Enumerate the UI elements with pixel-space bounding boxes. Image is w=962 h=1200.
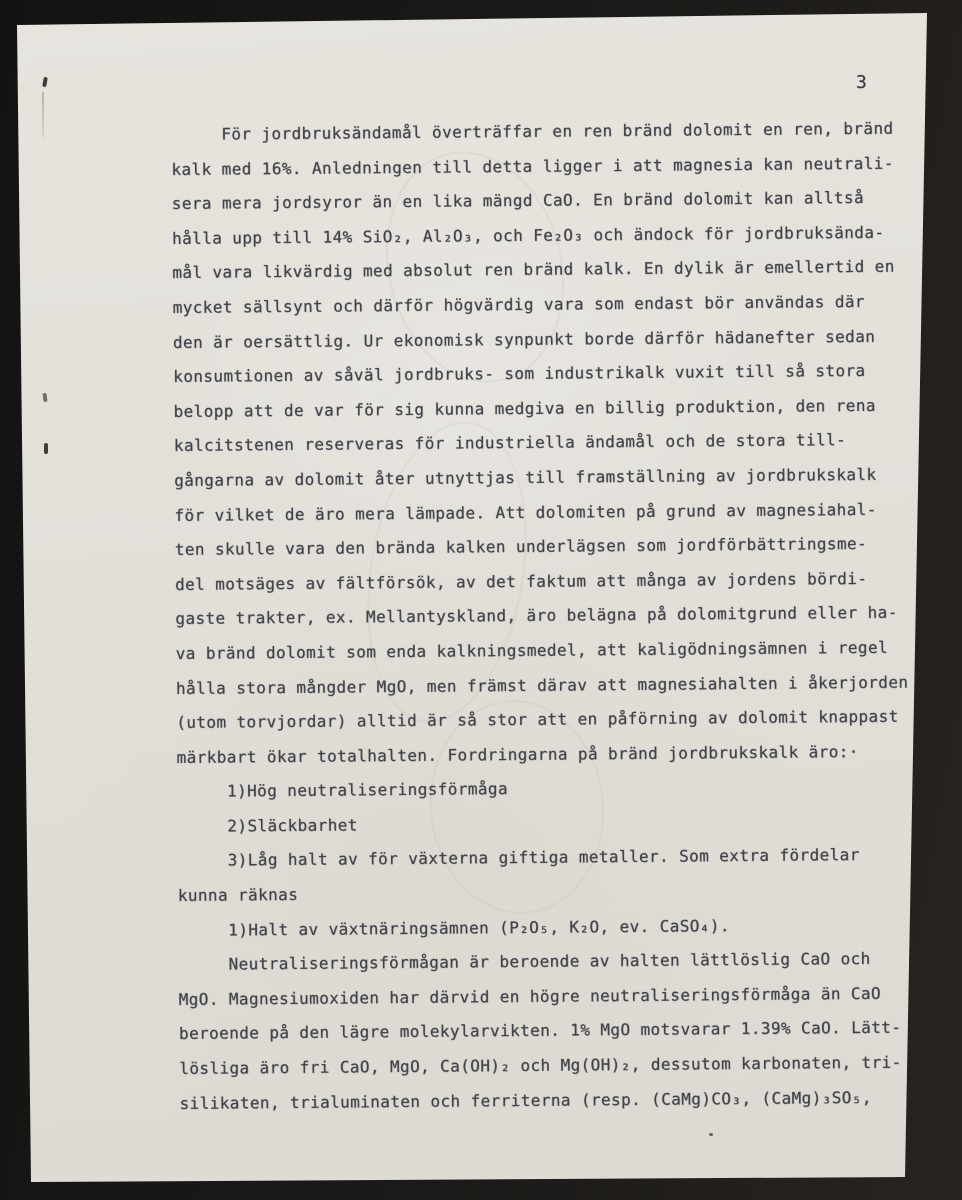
paper-mark (709, 1133, 713, 1136)
paper-mark (42, 77, 48, 88)
paper-mark (42, 393, 47, 402)
scanned-document-page: 3 För jordbruksändamål överträffar en re… (0, 0, 962, 1200)
document-line: 3)Låg halt av för växterna giftiga metal… (177, 838, 949, 879)
page-number: 3 (856, 72, 867, 93)
document-line: silikaten, trialuminaten och ferriterna … (179, 1080, 951, 1121)
paper-mark (44, 443, 48, 454)
document-text: För jordbruksändamål överträffar en ren … (171, 111, 952, 1121)
paper-mark (42, 92, 44, 138)
document-line: märkbart ökar totalhalten. Fordringarna … (176, 734, 948, 775)
